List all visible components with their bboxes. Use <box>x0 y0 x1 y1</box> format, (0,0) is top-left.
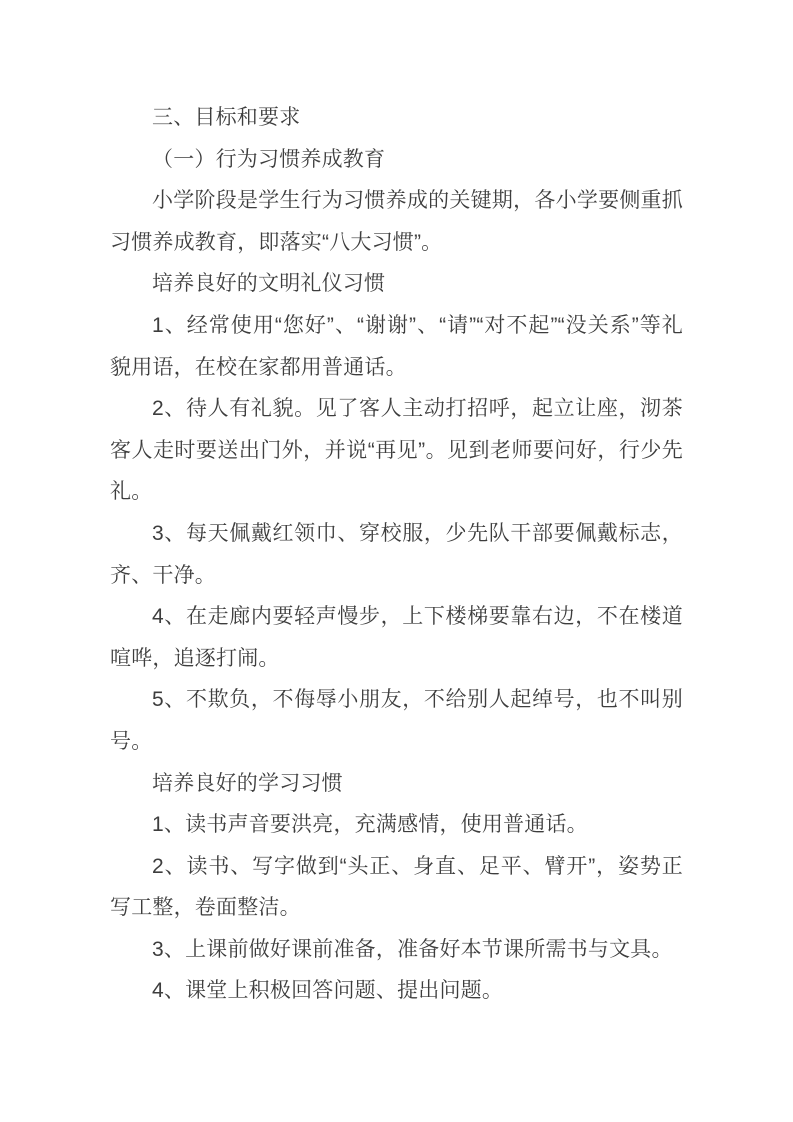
list-item-line: 3、每天佩戴红领巾、穿校服，少先队干部要佩戴标志，衣冠整 <box>110 513 683 555</box>
paragraph-line: 习惯养成教育，即落实“八大习惯”。 <box>110 222 683 264</box>
list-item-line: 1、经常使用“您好”、“谢谢”、“请”“对不起”“没关系”等礼 <box>110 305 683 347</box>
document-page: 三、目标和要求 （一）行为习惯养成教育 小学阶段是学生行为习惯养成的关键期，各小… <box>0 0 793 1122</box>
list-group-title: 培养良好的学习习惯 <box>110 763 683 805</box>
list-item-line: 写工整，卷面整洁。 <box>110 887 683 929</box>
list-item-line: 4、课堂上积极回答问题、提出问题。 <box>110 970 683 1012</box>
paragraph-line: 小学阶段是学生行为习惯养成的关键期，各小学要侧重抓好行为 <box>110 180 683 222</box>
list-item-line: 貌用语，在校在家都用普通话。 <box>110 347 683 389</box>
list-item-line: 5、不欺负，不侮辱小朋友，不给别人起绰号，也不叫别人的外 <box>110 679 683 721</box>
list-item-line: 1、读书声音要洪亮，充满感情，使用普通话。 <box>110 804 683 846</box>
list-item-line: 礼。 <box>110 471 683 513</box>
list-group-title: 培养良好的文明礼仪习惯 <box>110 263 683 305</box>
list-item-line: 喧哗，追逐打闹。 <box>110 638 683 680</box>
list-item-line: 4、在走廊内要轻声慢步，上下楼梯要靠右边，不在楼道内大声 <box>110 596 683 638</box>
subsection-heading: （一）行为习惯养成教育 <box>110 139 683 181</box>
list-item-line: 2、待人有礼貌。见了客人主动打招呼，起立让座，沏茶倒水， <box>110 388 683 430</box>
list-item-line: 2、读书、写字做到“头正、身直、足平、臂开”，姿势正确，书 <box>110 846 683 888</box>
list-item-line: 客人走时要送出门外，并说“再见”。见到老师要问好，行少先队队 <box>110 430 683 472</box>
list-item-line: 3、上课前做好课前准备，准备好本节课所需书与文具。 <box>110 929 683 971</box>
document-body: 三、目标和要求 （一）行为习惯养成教育 小学阶段是学生行为习惯养成的关键期，各小… <box>110 97 683 1012</box>
section-heading: 三、目标和要求 <box>110 97 683 139</box>
list-item-line: 齐、干净。 <box>110 555 683 597</box>
list-item-line: 号。 <box>110 721 683 763</box>
